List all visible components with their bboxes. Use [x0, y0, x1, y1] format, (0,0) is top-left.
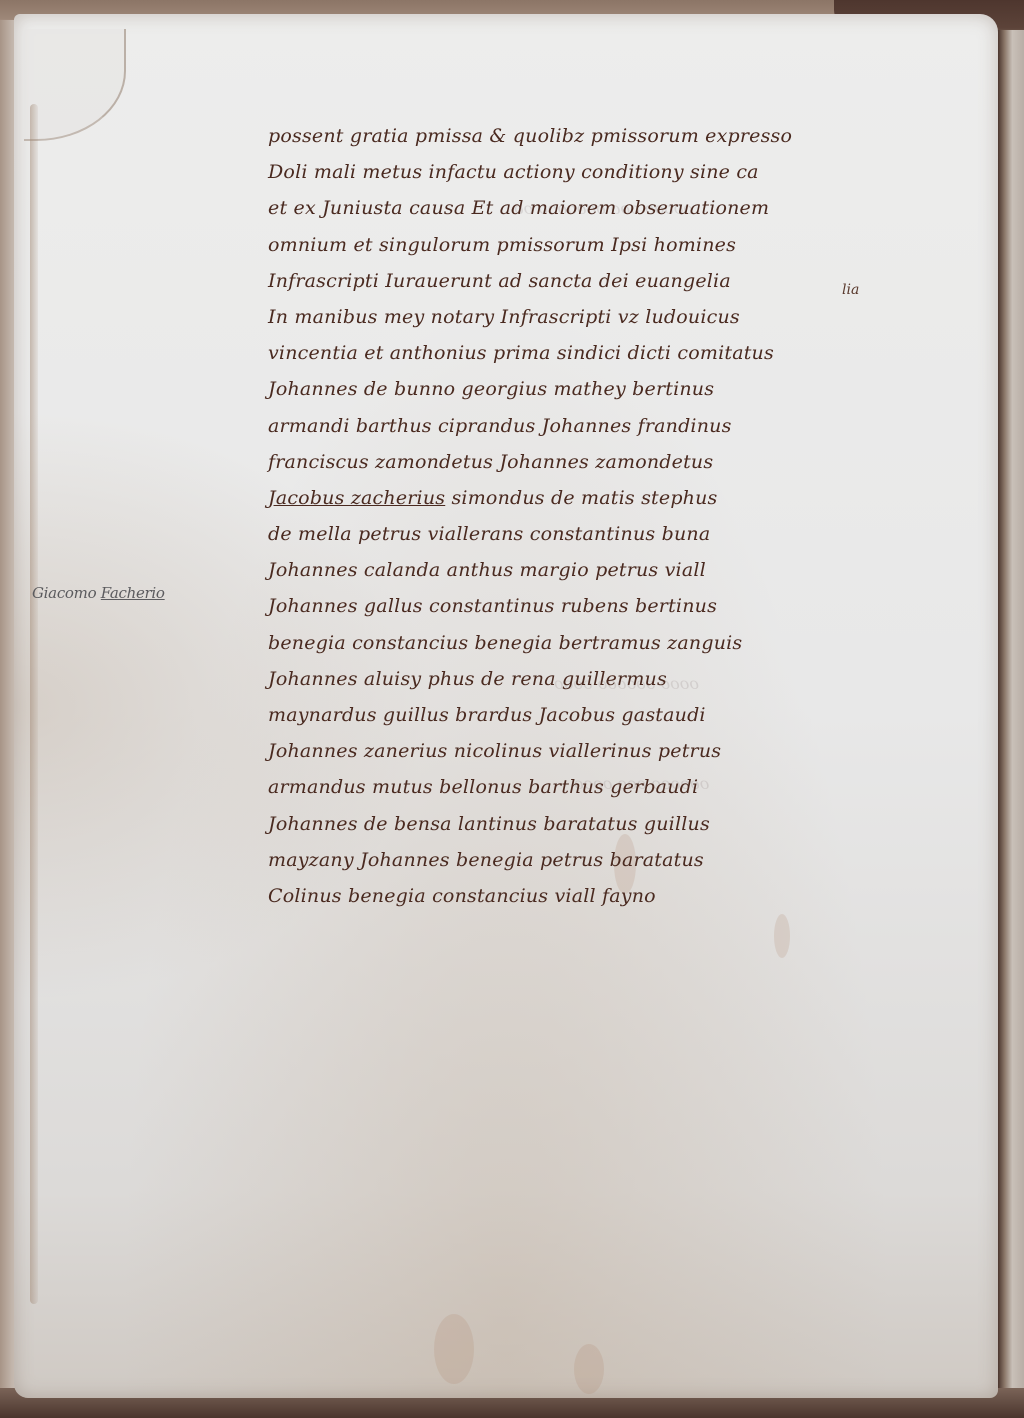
interlinear-insertion: lia	[842, 282, 859, 298]
text-line: possent gratia pmissa & quolibz pmissoru…	[268, 118, 908, 154]
text-line: Johannes de bensa lantinus baratatus gui…	[268, 806, 908, 842]
foxing-stain	[574, 1344, 604, 1394]
pencil-marginal-note: Giacomo Facherio	[32, 584, 165, 602]
text-line: Johannes de bunno georgius mathey bertin…	[268, 371, 908, 407]
underlined-name: Jacobus zacherius	[268, 487, 445, 509]
text-line: Colinus benegia constancius viall fayno	[268, 878, 908, 914]
text-line: maynardus guillus brardus Jacobus gastau…	[268, 697, 908, 733]
foxing-stain	[774, 914, 790, 958]
marginal-surname: Facherio	[101, 584, 165, 602]
marginal-given-name: Giacomo	[32, 584, 96, 602]
right-page-edge	[998, 30, 1024, 1418]
text-line-underlined: Jacobus zacherius simondus de matis step…	[268, 480, 908, 516]
text-line: Johannes zanerius nicolinus viallerinus …	[268, 733, 908, 769]
foxing-stain	[434, 1314, 474, 1384]
text-line: Johannes aluisy phus de rena guillermus	[268, 661, 908, 697]
text-line: omnium et singulorum pmissorum Ipsi homi…	[268, 227, 908, 263]
text-line: vincentia et anthonius prima sindici dic…	[268, 335, 908, 371]
text-line: armandi barthus ciprandus Johannes frand…	[268, 408, 908, 444]
folded-corner	[24, 29, 126, 141]
text-line: Johannes gallus constantinus rubens bert…	[268, 588, 908, 624]
text-line: Doli mali metus infactu actiony conditio…	[268, 154, 908, 190]
text-line: benegia constancius benegia bertramus za…	[268, 625, 908, 661]
text-line: de mella petrus viallerans constantinus …	[268, 516, 908, 552]
text-line-rest: simondus de matis stephus	[451, 487, 717, 509]
text-line: In manibus mey notary Infrascripti vz lu…	[268, 299, 908, 335]
text-line: armandus mutus bellonus barthus gerbaudi	[268, 769, 908, 805]
text-line: franciscus zamondetus Johannes zamondetu…	[268, 444, 908, 480]
text-line: Infrascripti Iurauerunt ad sancta dei eu…	[268, 263, 908, 299]
gutter-crease	[30, 104, 38, 1304]
manuscript-text: possent gratia pmissa & quolibz pmissoru…	[268, 118, 908, 914]
text-line: Johannes calanda anthus margio petrus vi…	[268, 552, 908, 588]
text-line: et ex Juniusta causa Et ad maiorem obser…	[268, 190, 908, 226]
text-line: mayzany Johannes benegia petrus baratatu…	[268, 842, 908, 878]
